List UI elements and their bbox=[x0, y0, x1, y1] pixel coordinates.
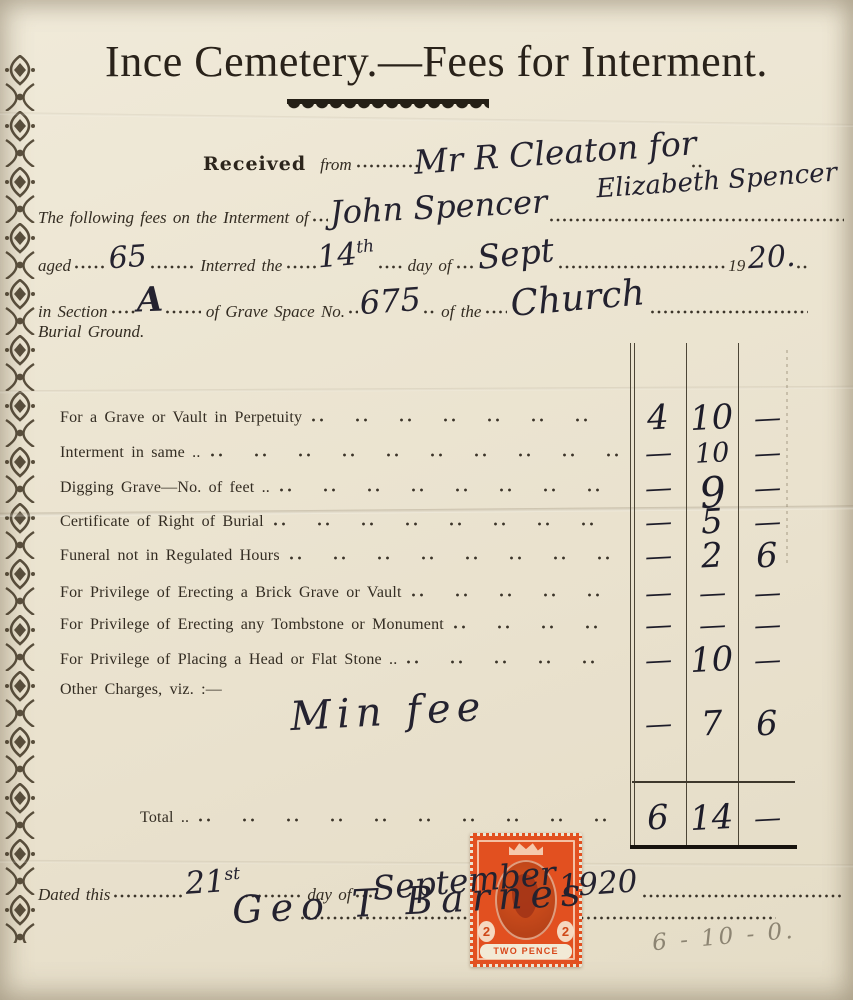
dotted-rule bbox=[113, 893, 183, 899]
dot-leaders bbox=[411, 592, 620, 598]
amount-shillings: 10 bbox=[689, 400, 734, 436]
dot-leaders bbox=[453, 624, 620, 630]
of-the-label: of the bbox=[441, 302, 481, 322]
amount-pence: — bbox=[753, 474, 781, 502]
interred-label: Interred the bbox=[200, 256, 282, 276]
total-pounds: 6 bbox=[646, 800, 669, 835]
fee-row: For Privilege of Erecting any Tombstone … bbox=[60, 607, 797, 643]
amount-pounds: — bbox=[644, 542, 672, 570]
dotted-rule bbox=[165, 309, 201, 315]
amount-shillings: — bbox=[698, 579, 726, 607]
document-title: Ince Cemetery.—Fees for Interment. bbox=[40, 36, 833, 87]
dotted-rule bbox=[150, 264, 194, 270]
dotted-rule bbox=[650, 309, 808, 315]
ornamental-border bbox=[2, 55, 38, 943]
year-handwriting: 20. bbox=[747, 242, 796, 274]
paper-crease bbox=[0, 112, 853, 127]
month-handwriting: Sept bbox=[476, 233, 556, 274]
dotted-rule bbox=[549, 217, 844, 223]
grave-space-label: of Grave Space No. bbox=[206, 302, 345, 322]
stamp-value-banner: TWO PENCE bbox=[480, 944, 572, 959]
aged-label: aged bbox=[38, 256, 71, 276]
fee-row: Funeral not in Regulated Hours — 2 6 bbox=[60, 538, 797, 574]
section-line: in Section A of Grave Space No. 675 of t… bbox=[38, 288, 808, 318]
amount-shillings: — bbox=[698, 611, 726, 639]
dot-leaders bbox=[311, 417, 620, 423]
title-rule bbox=[287, 99, 489, 112]
dotted-rule bbox=[378, 264, 404, 270]
fee-row: Digging Grave—No. of feet .. — 9 — bbox=[60, 470, 797, 506]
fee-row: Certificate of Right of Burial — 5 — bbox=[60, 504, 797, 540]
aged-handwriting: 65 bbox=[108, 242, 148, 275]
pencil-note: 6 - 10 - 0. bbox=[651, 918, 796, 956]
amount-pounds: — bbox=[644, 646, 672, 674]
dotted-rule bbox=[312, 217, 328, 223]
dotted-rule bbox=[642, 893, 844, 899]
amount-shillings: 10 bbox=[694, 439, 730, 468]
interment-name-handwriting: John Spencer bbox=[329, 185, 548, 228]
dated-label: Dated this bbox=[38, 885, 110, 905]
total-row: Total .. 6 14 — bbox=[60, 796, 797, 840]
total-label: Total .. bbox=[140, 809, 189, 827]
paper-crease bbox=[0, 386, 853, 393]
from-label: from bbox=[320, 155, 352, 175]
year-printed: 19 bbox=[728, 256, 745, 276]
section-label: in Section bbox=[38, 302, 108, 322]
dot-leaders bbox=[198, 817, 620, 823]
amount-pence: 6 bbox=[755, 538, 778, 573]
dot-leaders bbox=[273, 521, 620, 527]
fee-label: For a Grave or Vault in Perpetuity bbox=[60, 409, 302, 427]
fee-label: For Privilege of Erecting a Brick Grave … bbox=[60, 584, 402, 602]
interment-line: The following fees on the Interment of J… bbox=[38, 196, 844, 226]
day-of-label: day of bbox=[408, 256, 452, 276]
min-fee-amount-row: — 7 6 bbox=[60, 702, 797, 746]
amount-shillings: 7 bbox=[700, 706, 723, 741]
interment-label: The following fees on the Interment of bbox=[38, 208, 309, 228]
section-handwriting: A bbox=[136, 283, 164, 318]
ground-handwriting: Church bbox=[509, 275, 646, 323]
amount-pounds: 4 bbox=[646, 400, 669, 435]
fee-label: Certificate of Right of Burial bbox=[60, 513, 264, 531]
amount-pounds: — bbox=[644, 508, 672, 536]
dotted-rule bbox=[356, 163, 420, 169]
total-pence: — bbox=[753, 804, 781, 832]
amount-pence: 6 bbox=[755, 706, 778, 741]
amount-pence: — bbox=[753, 439, 781, 467]
received-label: Received bbox=[203, 153, 306, 175]
amount-shillings: 2 bbox=[700, 538, 723, 573]
fee-row: For a Grave or Vault in Perpetuity 4 10 … bbox=[60, 400, 797, 436]
amount-pounds: — bbox=[644, 611, 672, 639]
dotted-rule bbox=[485, 309, 507, 315]
aged-line: aged 65 Interred the 14th day of Sept 19… bbox=[38, 243, 808, 273]
amount-pounds: — bbox=[644, 439, 672, 467]
dotted-rule bbox=[423, 309, 437, 315]
receipt-document: Ince Cemetery.—Fees for Interment. Recei… bbox=[0, 0, 853, 1000]
dot-leaders bbox=[289, 555, 620, 561]
interred-day-handwriting: 14th bbox=[317, 238, 377, 274]
total-bottom-rule bbox=[630, 845, 797, 849]
fee-label: Digging Grave—No. of feet .. bbox=[60, 479, 270, 497]
fee-row: For Privilege of Erecting a Brick Grave … bbox=[60, 575, 797, 611]
amount-pence: — bbox=[753, 508, 781, 536]
fee-label: Funeral not in Regulated Hours bbox=[60, 547, 280, 565]
stamp-numeral-left: 2 bbox=[478, 921, 495, 942]
amount-pounds: — bbox=[644, 710, 672, 738]
fee-row: Interment in same .. — 10 — bbox=[60, 435, 797, 471]
amount-shillings: 5 bbox=[700, 504, 723, 539]
amount-pence: — bbox=[753, 611, 781, 639]
dotted-rule bbox=[111, 309, 135, 315]
dotted-rule bbox=[348, 309, 358, 315]
dotted-rule bbox=[74, 264, 106, 270]
total-shillings: 14 bbox=[689, 800, 734, 836]
total-top-rule bbox=[632, 781, 795, 783]
stamp-numeral-right: 2 bbox=[557, 921, 574, 942]
dot-leaders bbox=[279, 487, 620, 493]
fee-label: For Privilege of Erecting any Tombstone … bbox=[60, 616, 444, 634]
fee-label: Interment in same .. bbox=[60, 444, 201, 462]
dot-leaders bbox=[406, 659, 620, 665]
dotted-rule bbox=[456, 264, 474, 270]
dotted-rule bbox=[796, 264, 808, 270]
amount-pence: — bbox=[753, 404, 781, 432]
amount-pence: — bbox=[753, 579, 781, 607]
received-from-line: Received from Mr R Cleaton for bbox=[203, 142, 703, 172]
amount-pounds: — bbox=[644, 579, 672, 607]
grave-no-handwriting: 675 bbox=[359, 283, 422, 319]
fee-label: For Privilege of Placing a Head or Flat … bbox=[60, 651, 397, 669]
other-charges-label: Other Charges, viz. :— bbox=[60, 681, 222, 699]
amount-pence: — bbox=[753, 646, 781, 674]
dot-leaders bbox=[210, 452, 620, 458]
dotted-rule bbox=[558, 264, 728, 270]
amount-pounds: — bbox=[644, 474, 672, 502]
dotted-rule bbox=[286, 264, 316, 270]
burial-ground-label: Burial Ground. bbox=[38, 322, 144, 342]
